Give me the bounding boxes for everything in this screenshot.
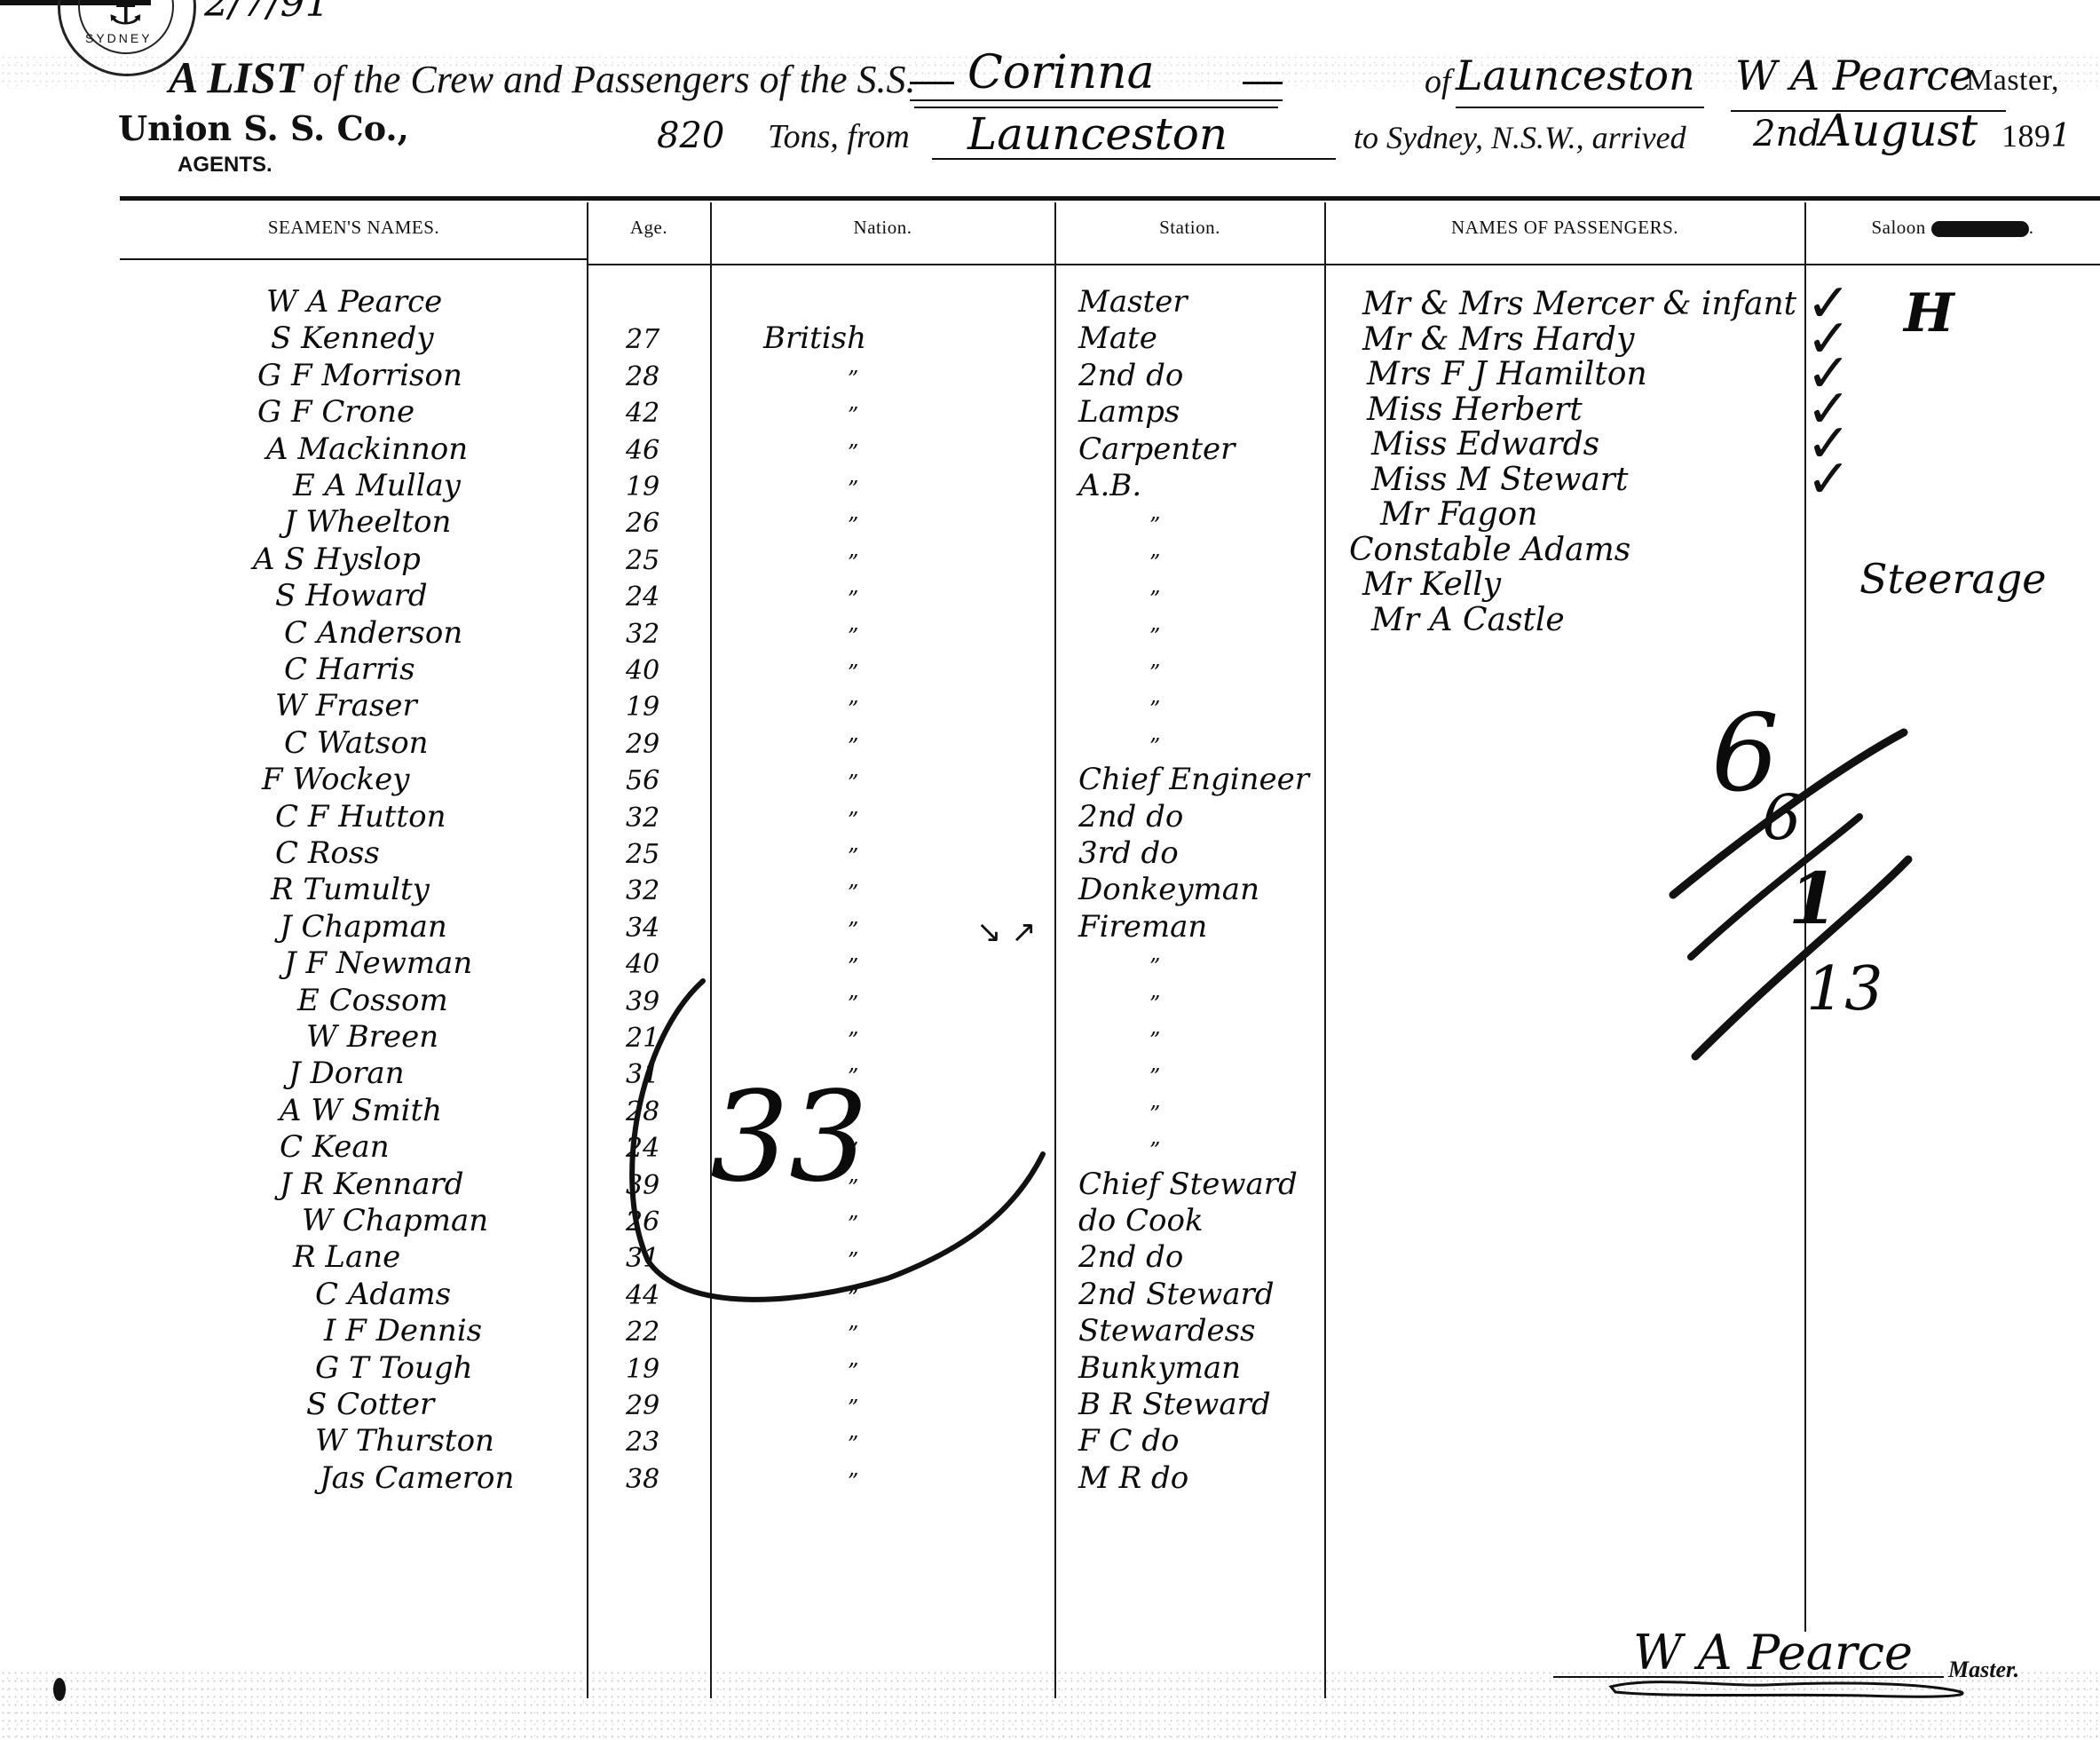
punch-hole-mark xyxy=(53,1678,66,1701)
signature-flourish xyxy=(0,0,2100,1740)
master-label-footer: Master. xyxy=(1948,1657,2019,1683)
